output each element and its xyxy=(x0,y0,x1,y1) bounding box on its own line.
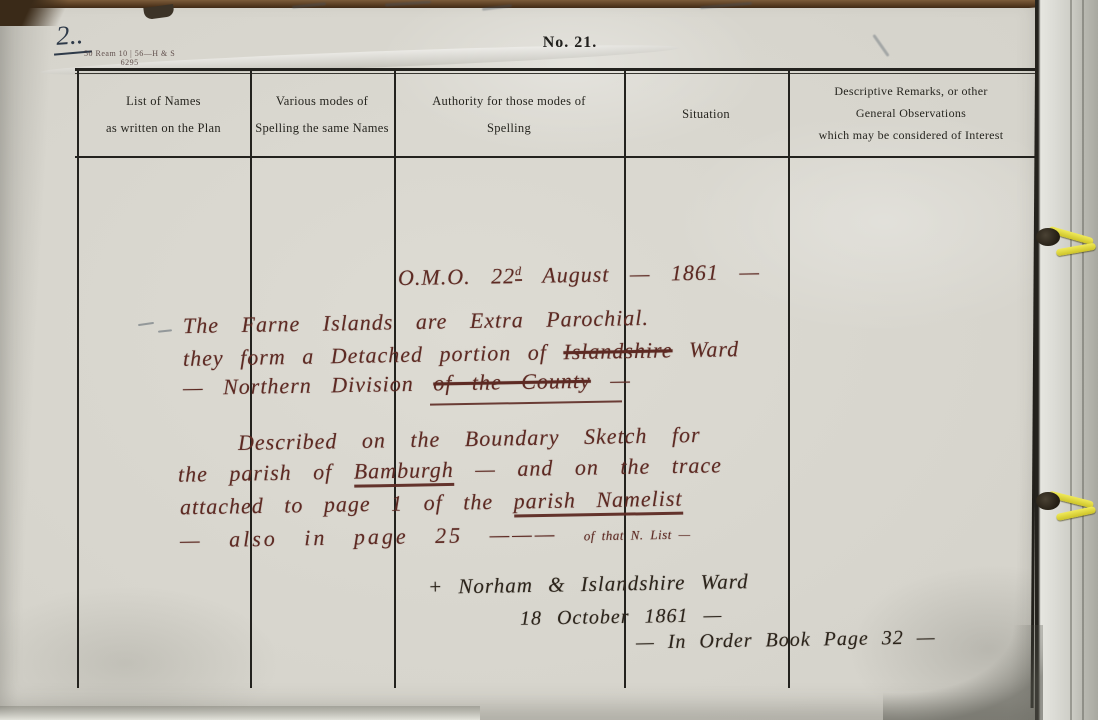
ms-text: 18 October 1861 — xyxy=(520,604,723,630)
header-line: which may be considered of Interest xyxy=(790,124,1032,146)
page-stack-right xyxy=(1035,0,1098,720)
column-header-spellings: Various modes of Spelling the same Names xyxy=(252,88,392,142)
ms-text: the parish of xyxy=(178,459,354,487)
ms-underlined-text: parish Namelist xyxy=(513,486,682,518)
ms-underlined-text: Bamburgh xyxy=(354,457,455,488)
folio-number: 2.. xyxy=(55,19,84,52)
column-header-authority: Authority for those modes of Spelling xyxy=(396,88,622,142)
table-header-rule xyxy=(75,156,1035,158)
table-top-rule-thin xyxy=(75,73,1035,74)
ms-text: — Northern Division xyxy=(183,371,434,400)
ms-text: — also in page 25 ——— xyxy=(180,521,558,553)
header-line: as written on the Plan xyxy=(79,115,248,142)
printers-imprint: 50 Ream 10 | 56—H & S 6295 xyxy=(84,49,175,67)
ms-text: they form a Detached portion of xyxy=(183,339,564,371)
ms-text: + Norham & Islandshire Ward xyxy=(428,569,749,599)
page-stack-edge-line xyxy=(1070,0,1072,720)
scanned-document-page: 2.. 50 Ream 10 | 56—H & S 6295 No. 21. L… xyxy=(0,0,1098,720)
ms-text: O.M.O. 22 xyxy=(398,263,516,290)
header-line: Various modes of xyxy=(252,88,392,115)
printers-imprint-line2: 6295 xyxy=(84,58,175,67)
table-border-left xyxy=(77,69,79,688)
header-line: General Observations xyxy=(790,102,1032,124)
table-divider-4 xyxy=(788,69,790,688)
sheet-number: No. 21. xyxy=(470,34,670,52)
page-corner-shadow xyxy=(883,625,1043,720)
header-line: List of Names xyxy=(79,88,248,115)
printers-imprint-line1: 50 Ream 10 | 56—H & S xyxy=(84,49,175,58)
binding-hole xyxy=(1036,492,1060,510)
ms-note-line-2: 18 October 1861 — xyxy=(520,604,723,631)
binding-hole xyxy=(1036,228,1060,246)
ms-text: attached to page 1 of the xyxy=(180,489,514,520)
header-line: Situation xyxy=(626,101,786,128)
column-header-situation: Situation xyxy=(626,101,786,128)
table-top-rule xyxy=(75,68,1035,71)
header-line: Spelling the same Names xyxy=(252,115,392,142)
ms-text: Ward xyxy=(672,336,739,362)
ms-text: August — 1861 — xyxy=(522,259,760,288)
ms-text: — and on the trace xyxy=(454,452,723,482)
ms-text: — xyxy=(591,367,631,393)
ms-small-note: of that N. List — xyxy=(584,527,691,544)
page-stack-edge-line xyxy=(1082,0,1084,720)
ms-struck-text: Islandshire xyxy=(563,337,673,364)
header-line: Spelling xyxy=(396,115,622,142)
column-header-names: List of Names as written on the Plan xyxy=(79,88,248,142)
header-line: Authority for those modes of xyxy=(396,88,622,115)
header-line: Descriptive Remarks, or other xyxy=(790,80,1032,102)
underlying-page-edge-bottom xyxy=(0,706,480,720)
ms-struck-text: of the County xyxy=(433,368,591,396)
column-header-remarks: Descriptive Remarks, or other General Ob… xyxy=(790,80,1032,146)
